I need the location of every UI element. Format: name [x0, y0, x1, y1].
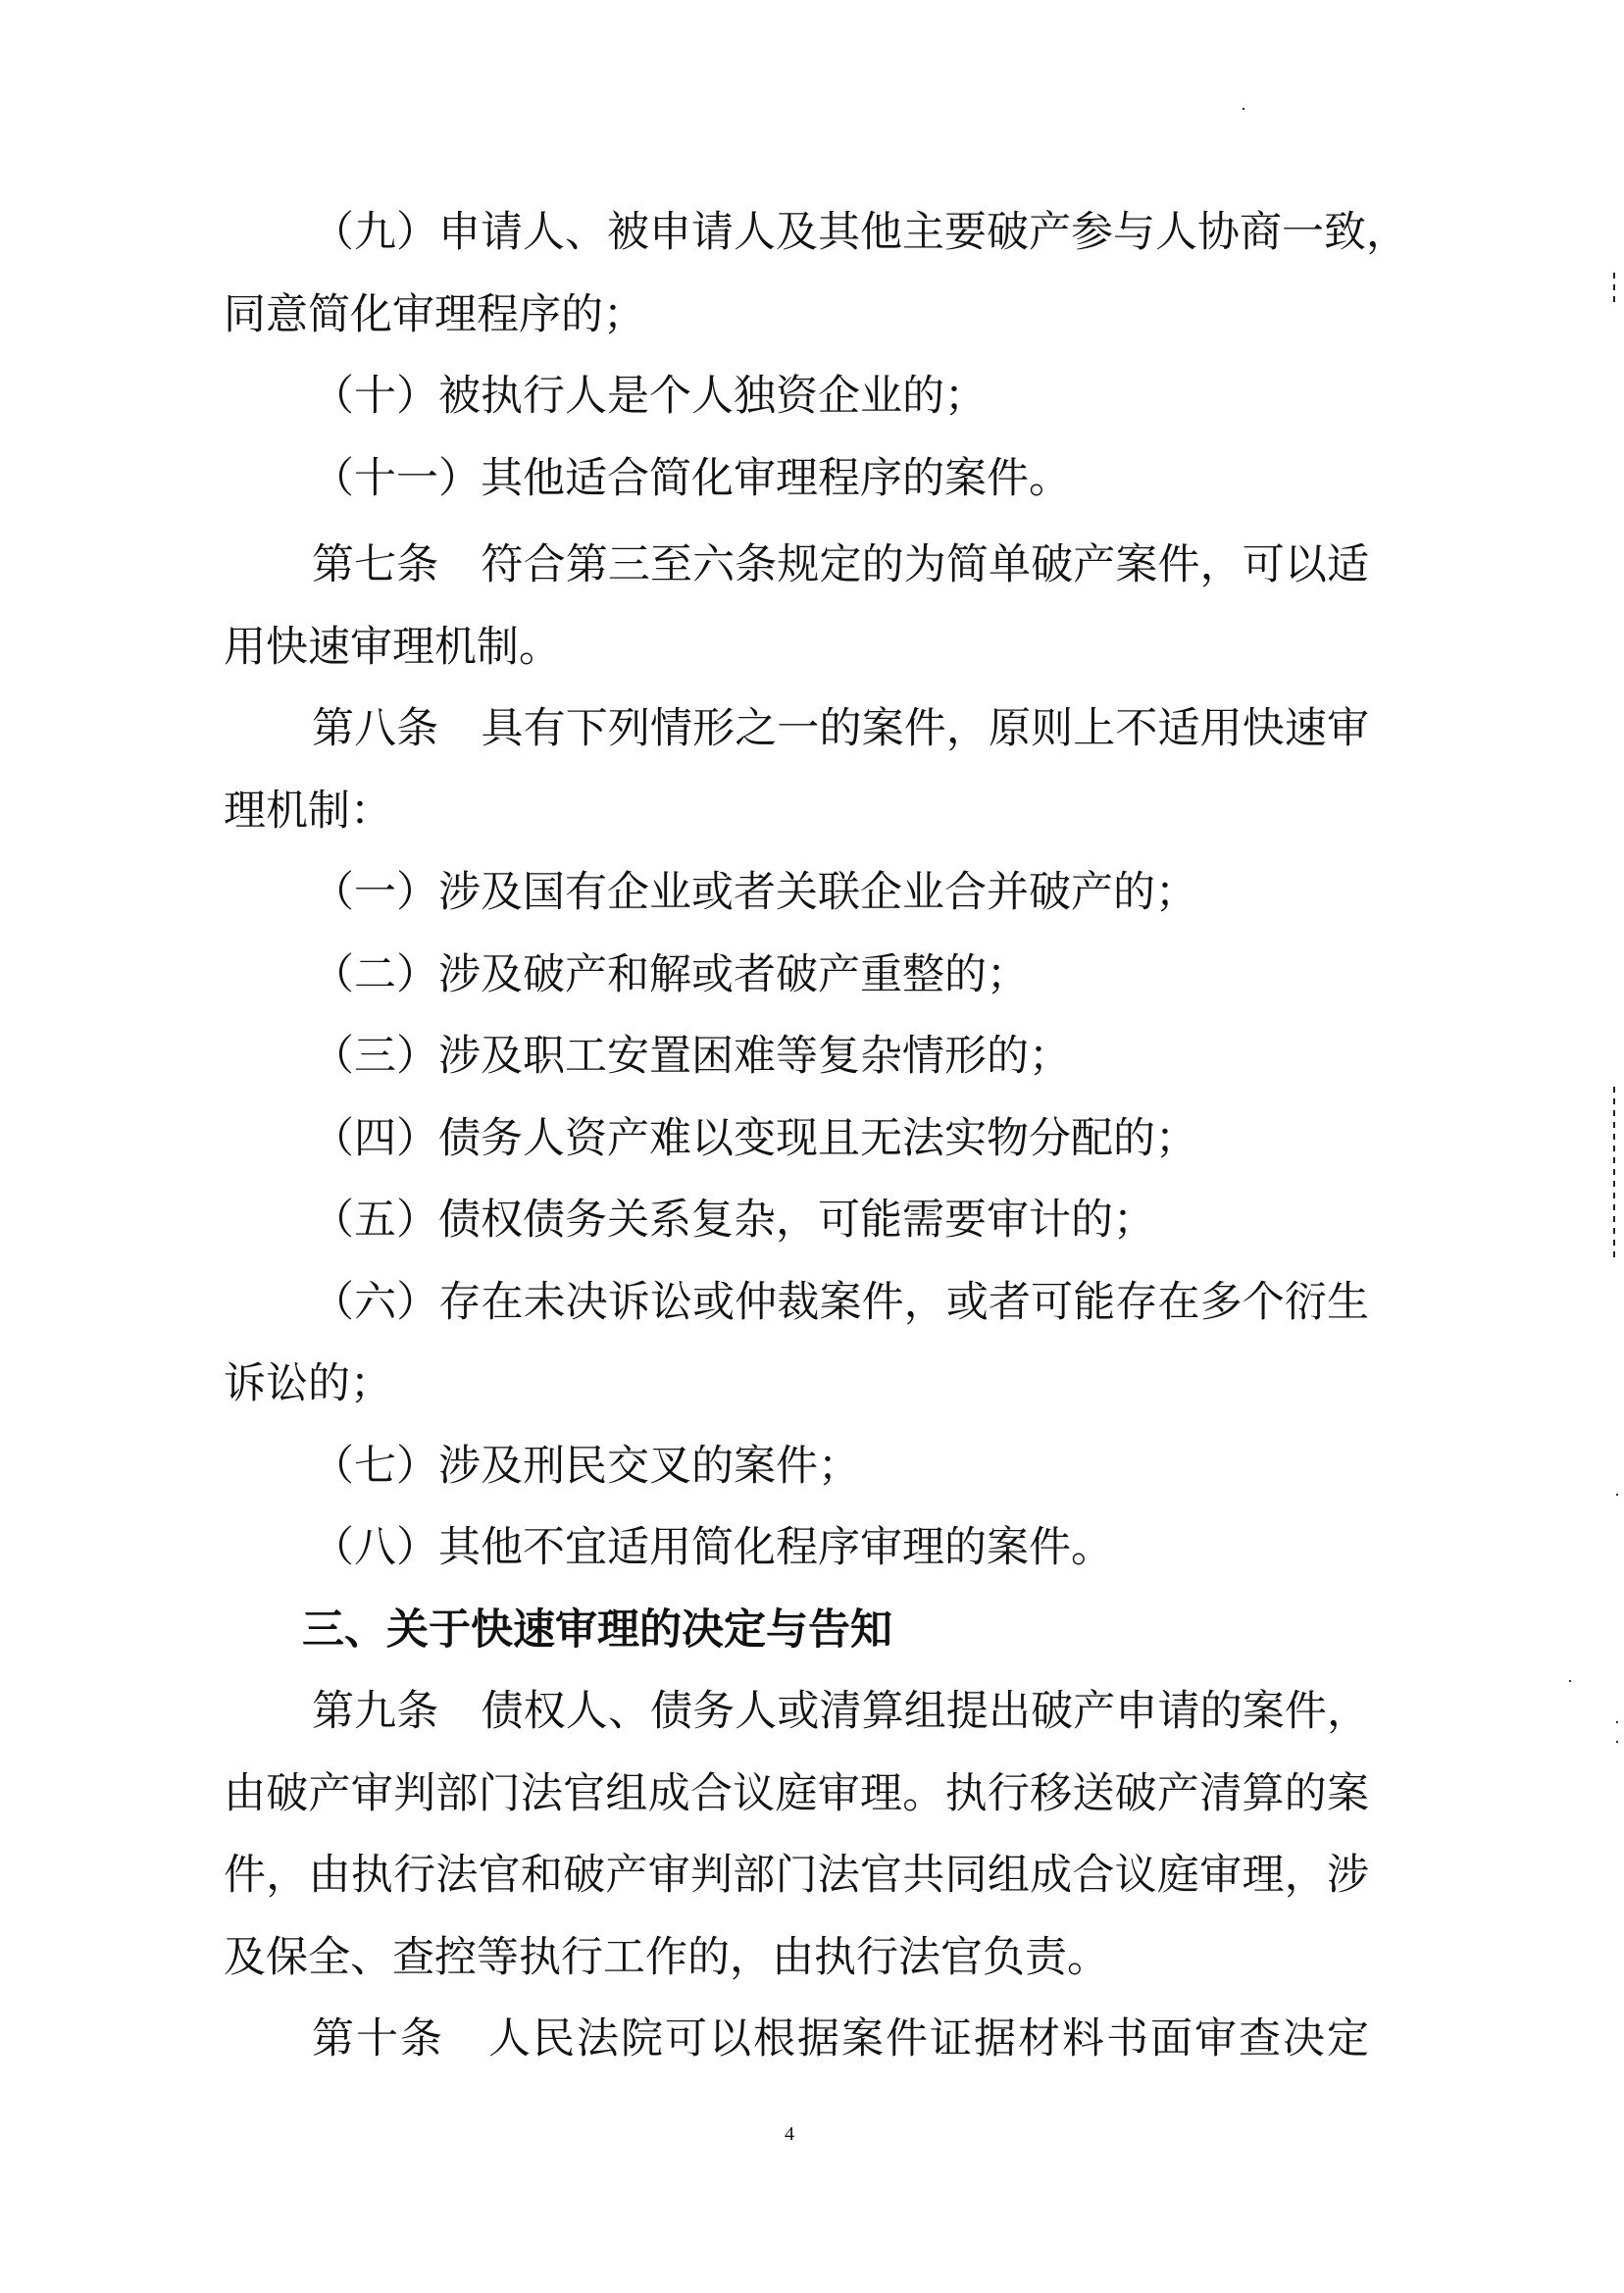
- text-line: （一）涉及国有企业或者关联企业合并破产的；: [312, 863, 1369, 922]
- text-line: （九）申请人、被申请人及其他主要破产参与人协商一致，: [312, 203, 1369, 262]
- text-line: 诉讼的；: [224, 1354, 1369, 1413]
- text-line: （六）存在未决诉讼或仲裁案件，或者可能存在多个衍生: [312, 1273, 1369, 1332]
- text-line: 理机制：: [224, 782, 1369, 841]
- text-line: 第七条 符合第三至六条规定的为简单破产案件，可以适: [312, 535, 1369, 594]
- scan-artifact-dot: [1616, 1721, 1618, 1723]
- text-line: 第八条 具有下列情形之一的案件，原则上不适用快速审: [312, 699, 1369, 758]
- text-line: （四）债务人资产难以变现且无法实物分配的；: [312, 1109, 1369, 1168]
- text-line: （七）涉及刑民交叉的案件；: [312, 1437, 1369, 1496]
- scan-artifact-dot: [1569, 1680, 1571, 1682]
- scan-artifact-dot: [1243, 108, 1244, 110]
- text-line: （八）其他不宜适用简化程序审理的案件。: [312, 1518, 1369, 1577]
- text-line: 同意简化审理程序的；: [224, 285, 1369, 344]
- text-line: （十）被执行人是个人独资企业的；: [312, 367, 1369, 426]
- scan-artifact-mark: [1613, 1087, 1615, 1261]
- text-line: （十一）其他适合简化审理程序的案件。: [312, 449, 1369, 508]
- text-line: 第十条 人民法院可以根据案件证据材料书面审查决定: [312, 2010, 1369, 2068]
- scan-artifact-dot: [1616, 1494, 1618, 1496]
- text-line: 及保全、查控等执行工作的，由执行法官负责。: [224, 1928, 1369, 1987]
- scan-artifact-dot: [1616, 1741, 1618, 1743]
- text-line: 由破产审判部门法官组成合议庭审理。执行移送破产清算的案: [224, 1764, 1369, 1823]
- text-line: 第九条 债权人、债务人或清算组提出破产申请的案件，: [312, 1682, 1369, 1741]
- document-page: （九）申请人、被申请人及其他主要破产参与人协商一致，同意简化审理程序的；（十）被…: [0, 0, 1624, 2293]
- section-heading: 三、关于快速审理的决定与告知: [302, 1601, 1185, 1659]
- text-line: （五）债权债务关系复杂，可能需要审计的；: [312, 1191, 1369, 1249]
- text-line: （三）涉及职工安置困难等复杂情形的；: [312, 1027, 1369, 1086]
- page-number: 4: [775, 2123, 804, 2146]
- text-line: （二）涉及破产和解或者破产重整的；: [312, 945, 1369, 1004]
- scan-artifact-mark: [1613, 273, 1615, 307]
- text-line: 件，由执行法官和破产审判部门法官共同组成合议庭审理，涉: [224, 1846, 1369, 1905]
- text-line: 用快速审理机制。: [224, 618, 1369, 677]
